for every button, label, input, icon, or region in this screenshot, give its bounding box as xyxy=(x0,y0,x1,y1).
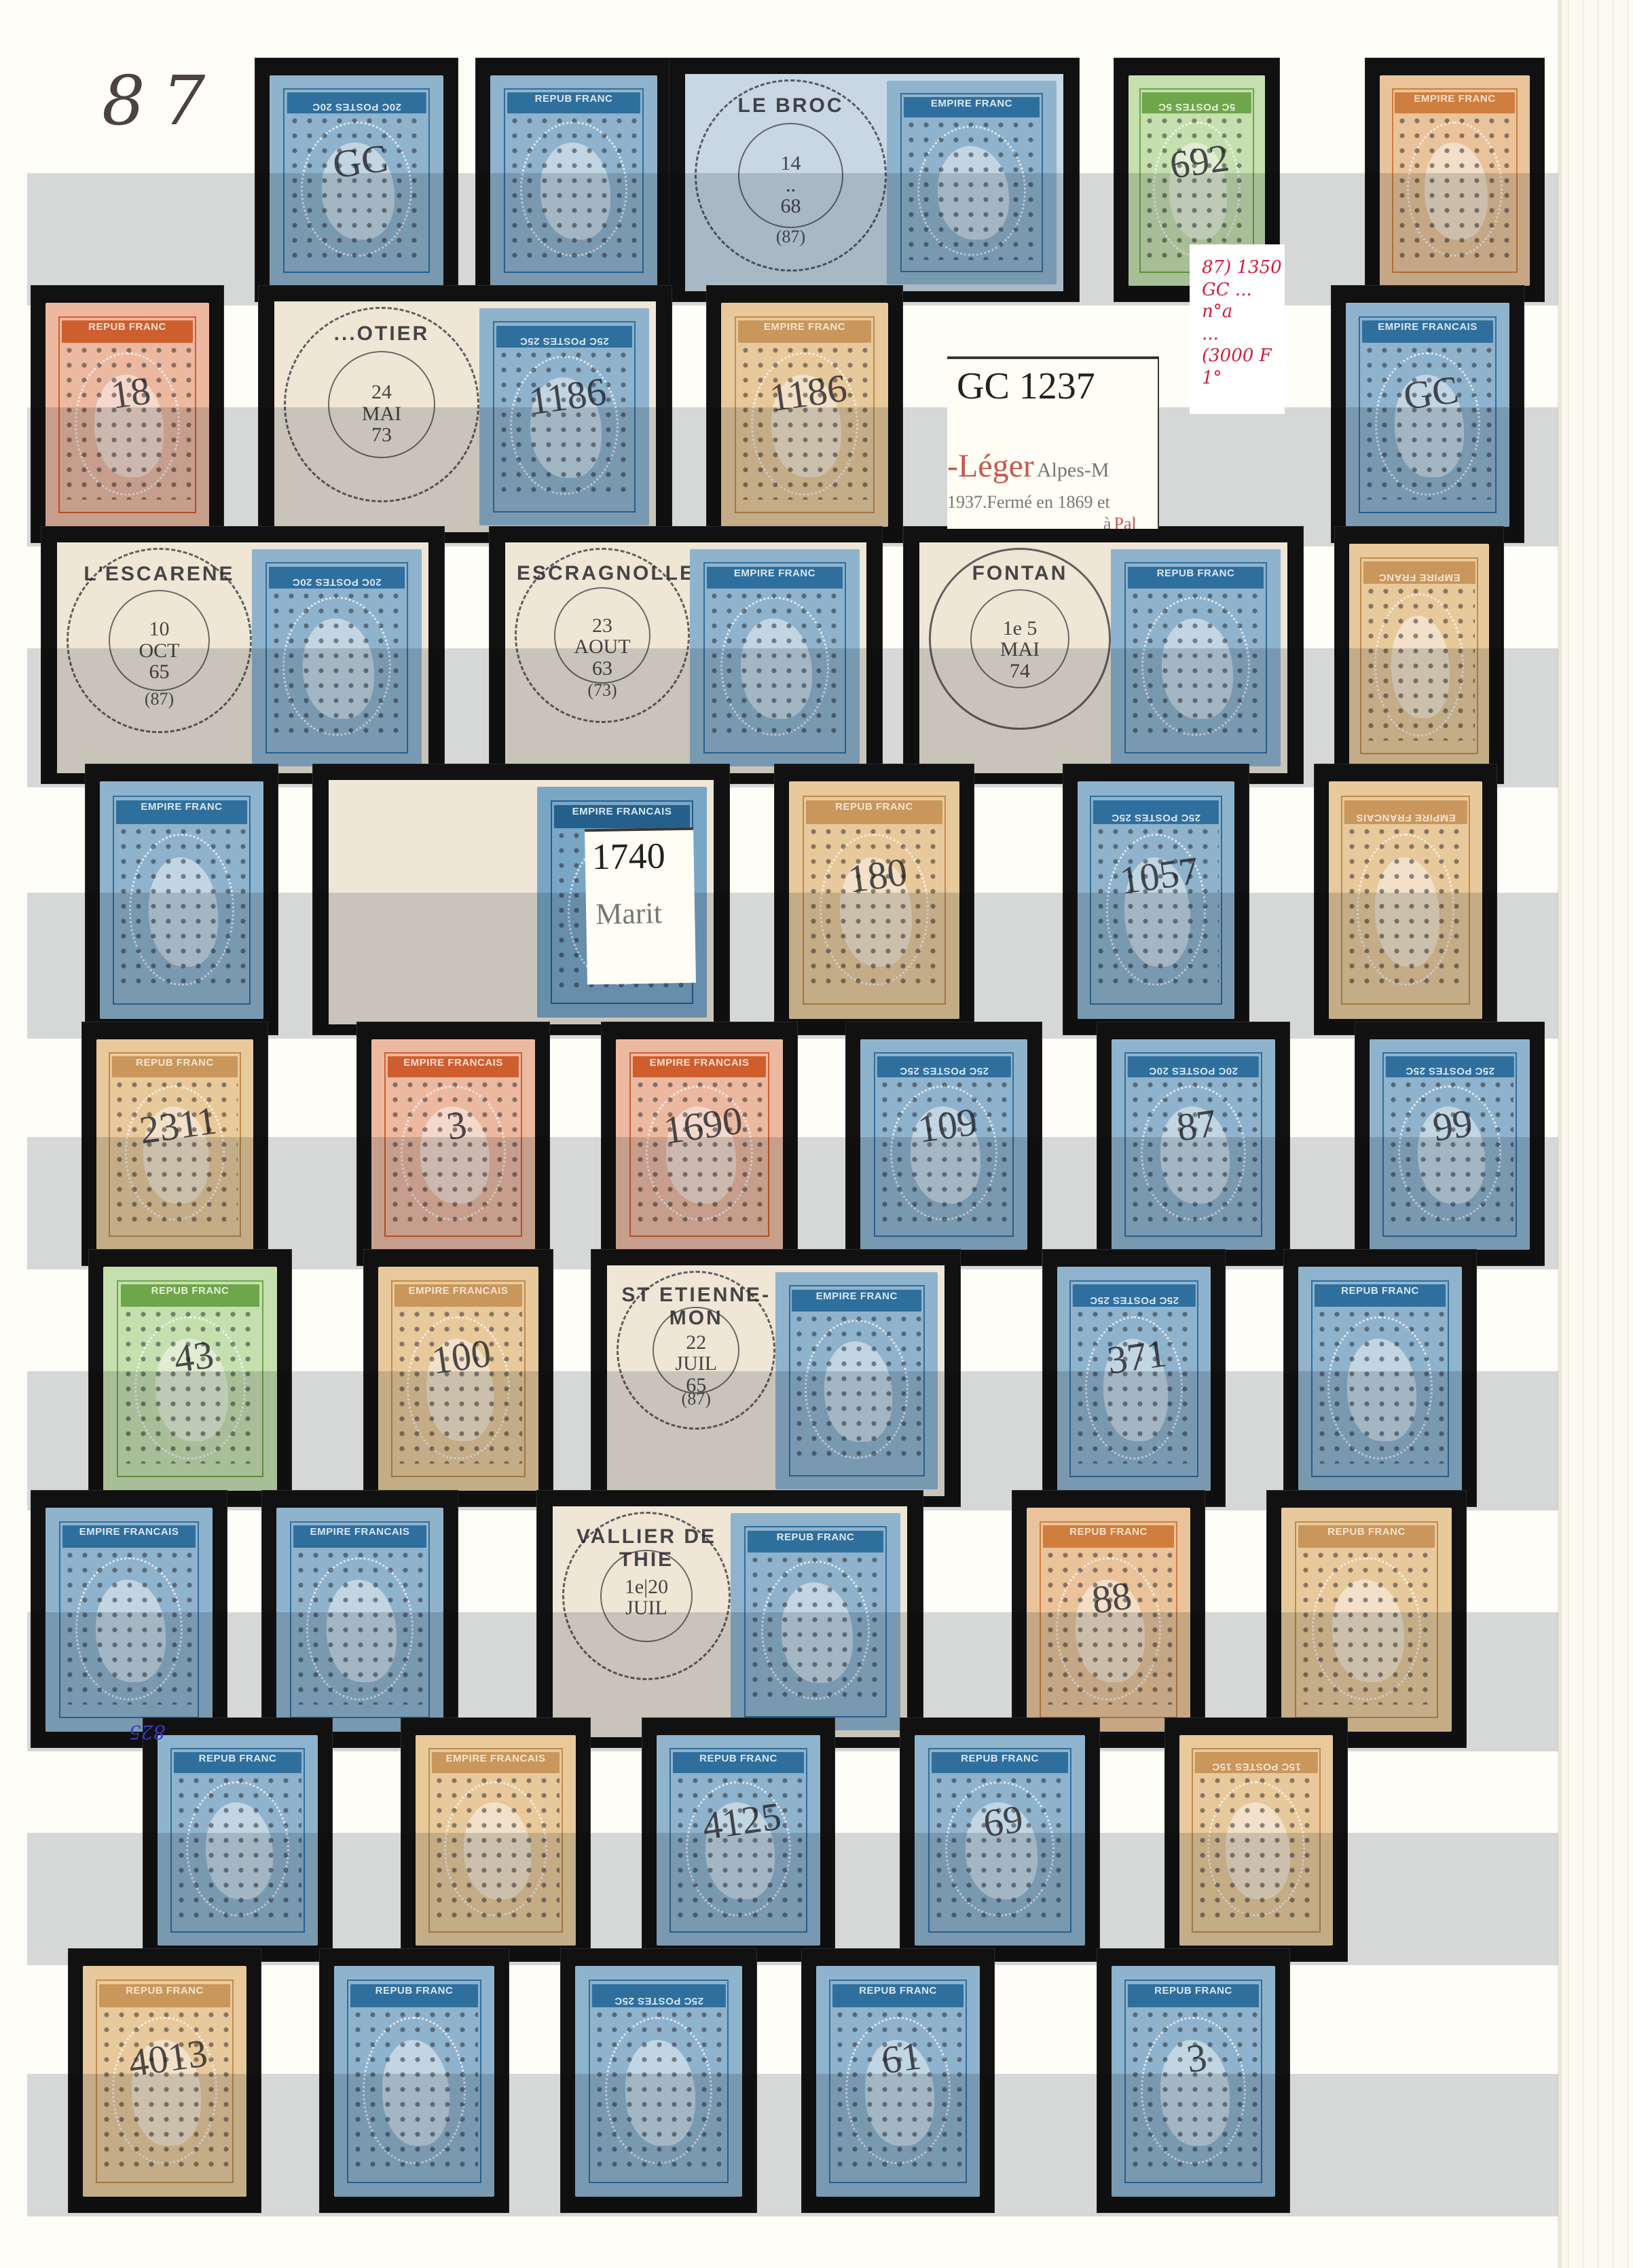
stamp-legend: REPUB FRANC xyxy=(1043,1525,1174,1548)
stamp-legend: REPUB FRANC xyxy=(1315,1284,1446,1307)
stamp-legend: 25C POSTES 25C xyxy=(1073,1284,1196,1307)
stamp-legend: EMPIRE FRANC xyxy=(904,97,1040,117)
stamp-legend: EMPIRE FRANCAIS xyxy=(62,1525,196,1548)
stamp-legend: REPUB FRANC xyxy=(673,1752,804,1773)
glassine-strip xyxy=(27,1833,1558,1965)
page-number-handwritten: 87 xyxy=(102,61,222,141)
stamp-legend: EMPIRE FRANCAIS xyxy=(395,1284,523,1307)
postmark-town: LE BROC xyxy=(697,94,885,117)
stamp-legend: EMPIRE FRANC xyxy=(1395,92,1515,113)
stamp-legend: REPUB FRANC xyxy=(174,1752,302,1773)
red-pencil-note: 87) 1350 GC ... n°a ... (3000 F 1° xyxy=(1202,257,1282,389)
label-gc1237-line3-red: Pal xyxy=(1114,514,1137,529)
stamp-legend: REPUB FRANC xyxy=(806,800,942,824)
album-page: 87 20C POSTES 20CGCREPUB FRANCLE BROC14 … xyxy=(0,0,1633,2268)
glassine-strip xyxy=(27,893,1558,1039)
stamp-legend: REPUB FRANC xyxy=(507,92,641,113)
stamp-legend: 25C POSTES 25C xyxy=(877,1056,1011,1077)
postmark-town: VALLIER DE THIE xyxy=(564,1525,729,1572)
stamp-legend: REPUB FRANC xyxy=(99,1984,230,2007)
label-1740: 1740 Marit xyxy=(585,828,696,985)
stamp-legend: 15C POSTES 15C xyxy=(1195,1752,1318,1773)
label-gc1237: GC 1237 -Léger Alpes-M 1937.Fermé en 186… xyxy=(947,356,1159,529)
stamp-legend: REPUB FRANC xyxy=(62,320,193,343)
label-gc1237-title: GC 1237 xyxy=(947,359,1158,408)
stamp-legend: EMPIRE FRANC xyxy=(1363,561,1475,584)
stamp-legend: 5C POSTES 5C xyxy=(1142,92,1251,113)
label-1740-text: Marit xyxy=(585,876,695,932)
glassine-strip xyxy=(27,2074,1558,2216)
postmark-town: ...OTIER xyxy=(286,322,477,346)
page-binding-edge xyxy=(1562,0,1633,2268)
stamp-legend: REPUB FRANC xyxy=(1128,1984,1259,2007)
label-1740-number: 1740 xyxy=(585,830,694,878)
stamp-legend: REPUB FRANC xyxy=(121,1284,260,1307)
stamp-legend: REPUB FRANC xyxy=(350,1984,479,2007)
stamp-legend: 25C POSTES 25C xyxy=(496,326,632,348)
postmark-town: FONTAN xyxy=(931,562,1109,585)
blue-pencil-note: 825 xyxy=(129,1721,165,1743)
stamp-legend: EMPIRE FRANC xyxy=(707,567,843,589)
stamp-legend: EMPIRE FRANCAIS xyxy=(388,1056,519,1077)
stamp-legend: 20C POSTES 20C xyxy=(269,567,405,589)
stamp-legend: 25C POSTES 25C xyxy=(592,1984,726,2007)
stamp-legend: REPUB FRANC xyxy=(1298,1525,1435,1548)
stamp-legend: EMPIRE FRANCAIS xyxy=(633,1056,767,1077)
stamp-legend: EMPIRE FRANCAIS xyxy=(1362,320,1493,343)
stamp-legend: EMPIRE FRANC xyxy=(116,800,247,824)
stamp-legend: REPUB FRANC xyxy=(112,1056,238,1077)
stamp-legend: EMPIRE FRANCAIS xyxy=(293,1525,427,1548)
stamp-legend: EMPIRE FRANCAIS xyxy=(1344,800,1467,824)
stamp-legend: REPUB FRANC xyxy=(832,1984,964,2007)
stamp-legend: EMPIRE FRANC xyxy=(792,1290,921,1312)
label-gc1237-line3-prefix: à xyxy=(1103,514,1112,529)
postmark-town: ESCRAGNOLLES xyxy=(517,562,688,585)
stamp-legend: 25C POSTES 25C xyxy=(1093,800,1219,824)
postmark-town: L'ESCARENE xyxy=(69,563,250,586)
label-gc1237-line2: 1937.Fermé en 1869 et xyxy=(947,492,1110,513)
stamp-legend: EMPIRE FRANC xyxy=(738,320,872,343)
stamp-legend: EMPIRE FRANCAIS xyxy=(554,805,690,828)
label-gc1237-town: -Léger xyxy=(947,448,1034,484)
label-gc1237-dept: Alpes-M xyxy=(1037,459,1109,481)
stamp-legend: REPUB FRANC xyxy=(1128,567,1264,589)
stamp-legend: 25C POSTES 25C xyxy=(1386,1056,1514,1077)
price-note-card: 87) 1350 GC ... n°a ... (3000 F 1° xyxy=(1190,244,1285,414)
stamp-legend: EMPIRE FRANCAIS xyxy=(432,1752,560,1773)
stamp-legend: REPUB FRANC xyxy=(932,1752,1068,1773)
stamp-legend: 20C POSTES 20C xyxy=(287,92,426,113)
stamp-legend: 20C POSTES 20C xyxy=(1128,1056,1259,1077)
stamp-legend: REPUB FRANC xyxy=(748,1531,883,1553)
postmark-town: ST ETIENNE-MON xyxy=(619,1284,773,1330)
